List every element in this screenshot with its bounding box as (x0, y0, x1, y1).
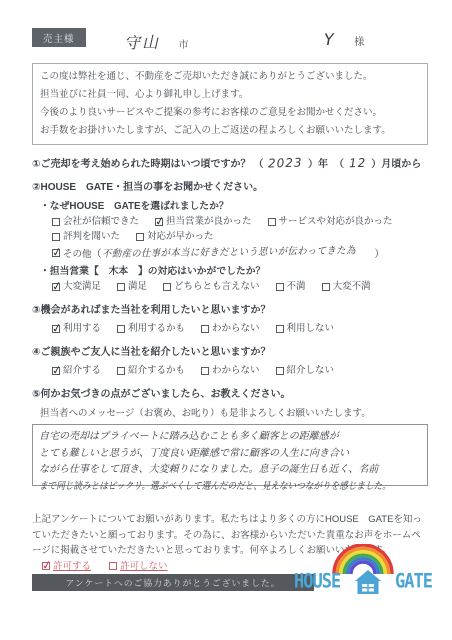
checkbox-option: 紹介する (52, 363, 101, 378)
checkbox (52, 283, 60, 291)
checkbox-option: 評判を聞いた (52, 229, 120, 244)
question-1-label: ①ご売却を考え始められた時期はいつ頃ですか？ (32, 158, 250, 172)
checkbox-option: 満足 (117, 279, 147, 294)
checkbox (52, 249, 60, 257)
option-label: その他 (63, 246, 92, 260)
option-label: 利用する (63, 321, 101, 336)
city-suffix-label: 市 (178, 40, 188, 51)
city-field: 守山 市 (124, 30, 188, 53)
checkbox-option: 紹介しない (276, 363, 335, 378)
intro-line: 担当並びに社員一同、心より御礼申し上げます。 (40, 86, 420, 104)
checkbox (52, 233, 60, 241)
option-label: 紹介する (63, 363, 101, 378)
option-label: わからない (212, 363, 260, 378)
message-line: ながら仕事をして頂き、大変頼りになりました。息子の誕生日も近く、名前 (39, 462, 421, 479)
question-1: ①ご売却を考え始められた時期はいつ頃ですか？ （ 2023 ）年 （ 12 ）月… (32, 155, 428, 172)
option-label: 利用しない (287, 321, 335, 336)
seller-badge: 売主様 (32, 28, 86, 47)
paren: ）年 (308, 155, 328, 170)
paren: （ (92, 245, 102, 260)
question-4-options: 紹介する 紹介するかも わからない 紹介しない (52, 363, 428, 378)
option-label: わからない (212, 321, 260, 336)
message-line: まで同じ読みとはビックリ。選ぶべくして選んだのだと、見えないつながりを感じました… (39, 479, 368, 496)
checkbox-option: どちらとも言えない (163, 279, 260, 294)
header: 売主様 守山 市 Y 様 (32, 28, 428, 54)
house-icon (355, 570, 381, 594)
checkbox (276, 283, 284, 291)
checkbox (276, 367, 284, 375)
question-3: ③機会があればまた当社を利用したいと思いますか？ 利用する 利用するかも わから… (32, 304, 428, 336)
option-label: 大変不満 (333, 279, 371, 294)
footer: アンケートへのご協力ありがとうございました。 HOUSE GA (32, 544, 432, 606)
checkbox-option: 大変満足 (52, 279, 101, 294)
year-handwritten: 2023 (268, 156, 303, 171)
checkbox (117, 283, 125, 291)
question-3-label: ③機会があればまた当社を利用したいと思いますか？ (32, 304, 428, 318)
question-2: ②HOUSE GATE・担当の事をお聞かせください。 ・なぜHOUSE GATE… (32, 181, 428, 294)
checkbox (117, 325, 125, 333)
checkbox-option: 会社が信頼できた (52, 214, 139, 229)
checkbox (136, 233, 144, 241)
question-2-agent-label: ・担当営業【 木本 】の対応はいかがでしたか？ (40, 263, 428, 277)
agent-label-suffix: 】の対応はいかがでしたか？ (138, 266, 265, 277)
checkbox-option: 不満 (276, 279, 306, 294)
option-label: サービスや対応が良かった (279, 214, 393, 229)
question-5-sublabel: 担当者へのメッセージ（お褒め、お叱り）も是非よろしくお願いいたします。 (40, 405, 428, 419)
other-reason-handwritten: 不動産の仕事が本当に好きだという思いが伝わってきた為 (101, 241, 355, 260)
question-3-options: 利用する 利用するかも わからない 利用しない (52, 321, 428, 336)
city-handwritten: 守山 (124, 30, 161, 54)
checkbox-option: 利用する (52, 321, 101, 336)
checkbox-option: 利用しない (276, 321, 335, 336)
checkbox (117, 367, 125, 375)
month-handwritten: 12 (349, 156, 367, 170)
intro-line: お手数をお掛けいたしますが、ご記入の上ご返送の程よろしくお願いいたします。 (40, 122, 420, 140)
checkbox (52, 218, 60, 226)
paren: （ (253, 155, 263, 170)
checkbox-option: 紹介するかも (117, 363, 185, 378)
checkbox (52, 325, 60, 333)
message-line: とても難しいと思うが、丁度良い距離感で常に顧客の人生に向き合い (39, 446, 421, 463)
option-label: 対応が早かった (147, 229, 214, 244)
checkbox-option: わからない (201, 321, 260, 336)
name-field: Y 様 (324, 30, 364, 50)
question-4: ④ご親族やご友人に当社を紹介したいと思いますか？ 紹介する 紹介するかも わから… (32, 346, 428, 378)
thanks-bar: アンケートへのご協力ありがとうございました。 (32, 574, 314, 591)
intro-box: この度は弊社を通じ、不動産をご売却いただき誠にありがとうございました。 担当並び… (32, 63, 428, 145)
option-label: 評判を聞いた (63, 229, 120, 244)
intro-line: この度は弊社を通じ、不動産をご売却いただき誠にありがとうございました。 (40, 68, 420, 86)
logo-house-word: HOUSE (294, 572, 340, 592)
question-5: ⑤何かお気づきの点がございましたら、お教えください。 担当者へのメッセージ（お褒… (32, 388, 428, 486)
survey-scan-page: 売主様 守山 市 Y 様 この度は弊社を通じ、不動産をご売却いただき誠にありがと… (0, 0, 452, 640)
checkbox (268, 218, 276, 226)
checkbox-option: 利用するかも (117, 321, 185, 336)
house-gate-logo: HOUSE GATE (294, 544, 432, 606)
message-box: 自宅の売却はプライベートに踏み込むことも多く顧客との距離感が とても難しいと思う… (32, 424, 428, 486)
reason-other-option: その他 （ 不動産の仕事が本当に好きだという思いが伝わってきた為 ） (52, 245, 428, 260)
checkbox-option: 担当営業が良かった (155, 214, 252, 229)
option-label: 満足 (128, 279, 147, 294)
checkbox (163, 283, 171, 291)
checkbox-option: わからない (201, 363, 260, 378)
checkbox-option: サービスや対応が良かった (268, 214, 393, 229)
paren: （ (334, 155, 344, 170)
name-suffix-label: 様 (354, 37, 364, 48)
option-label: 利用するかも (128, 321, 185, 336)
paren: ）月頃から (371, 155, 421, 170)
question-5-label: ⑤何かお気づきの点がございましたら、お教えください。 (32, 388, 428, 402)
question-2-label: ②HOUSE GATE・担当の事をお聞かせください。 (32, 181, 428, 195)
intro-line: 今後のより良いサービスやご提案の参考にお客様のご意見をお聞かせください。 (40, 104, 420, 122)
question-2-reason-label: ・なぜHOUSE GATEを選ばれましたか？ (40, 198, 428, 212)
logo-gate-word: GATE (395, 572, 432, 592)
agent-satisfaction-options: 大変満足 満足 どちらとも言えない 不満 大変不満 (52, 279, 428, 294)
reason-options-row1: 会社が信頼できた 担当営業が良かった サービスや対応が良かった (52, 214, 428, 229)
checkbox (201, 367, 209, 375)
option-label: 不満 (287, 279, 306, 294)
checkbox (52, 367, 60, 375)
option-label: 紹介するかも (128, 363, 185, 378)
option-label: どちらとも言えない (174, 279, 260, 294)
option-label: 紹介しない (287, 363, 335, 378)
checkbox (276, 325, 284, 333)
logo-text-row: HOUSE GATE (294, 570, 432, 594)
paren: ） (374, 245, 384, 260)
option-label: 会社が信頼できた (63, 214, 139, 229)
message-line: 自宅の売却はプライベートに踏み込むことも多く顧客との距離感が (39, 429, 421, 446)
question-4-label: ④ご親族やご友人に当社を紹介したいと思いますか？ (32, 346, 428, 360)
reason-options-row2: 評判を聞いた 対応が早かった (52, 229, 428, 244)
checkbox-option: 対応が早かった (136, 229, 214, 244)
option-label: 大変満足 (63, 279, 101, 294)
agent-label-prefix: ・担当営業【 (40, 266, 99, 277)
checkbox (201, 325, 209, 333)
name-handwritten: Y (324, 30, 336, 49)
agent-name: 木本 (99, 266, 138, 277)
option-label: 担当営業が良かった (166, 214, 252, 229)
checkbox-option: 大変不満 (322, 279, 371, 294)
checkbox (322, 283, 330, 291)
checkbox (155, 218, 163, 226)
